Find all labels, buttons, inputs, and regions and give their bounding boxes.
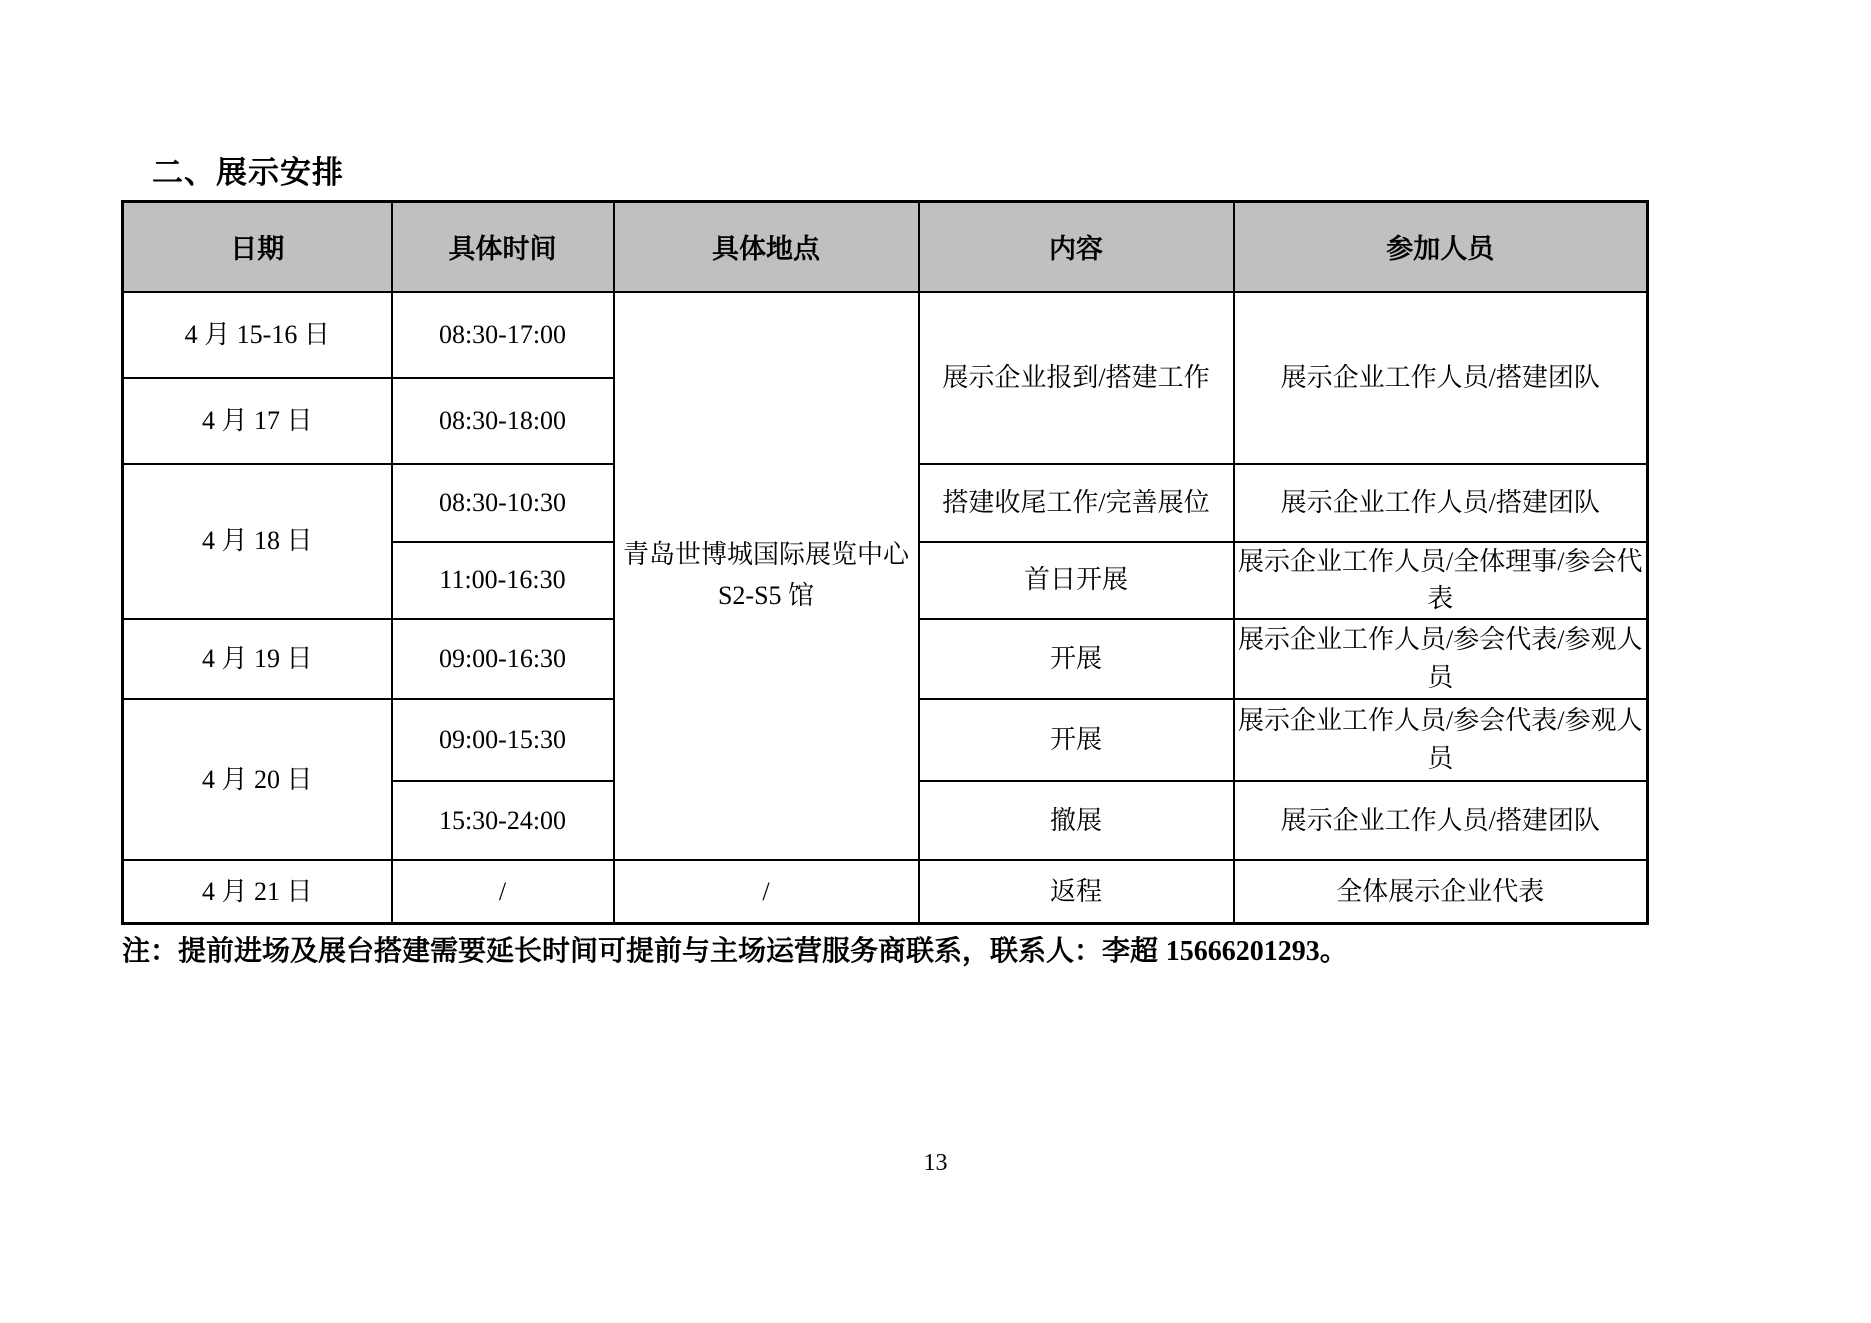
participants-cell: 展示企业工作人员/搭建团队 bbox=[1234, 781, 1648, 860]
content-cell: 撤展 bbox=[919, 781, 1234, 860]
footnote-text: 注：提前进场及展台搭建需要延长时间可提前与主场运营服务商联系，联系人：李超 bbox=[122, 935, 1166, 966]
date-cell: 4 月 20 日 bbox=[123, 699, 392, 860]
time-cell: 08:30-17:00 bbox=[392, 292, 614, 378]
participants-cell: 展示企业工作人员/搭建团队 bbox=[1234, 292, 1648, 464]
date-cell: 4 月 21 日 bbox=[123, 860, 392, 924]
time-cell: 08:30-18:00 bbox=[392, 378, 614, 464]
time-cell: 08:30-10:30 bbox=[392, 464, 614, 542]
participants-cell: 全体展示企业代表 bbox=[1234, 860, 1648, 924]
content-cell: 返程 bbox=[919, 860, 1234, 924]
time-cell: 11:00-16:30 bbox=[392, 542, 614, 619]
table-row: 4 月 21 日 / / 返程 全体展示企业代表 bbox=[123, 860, 1648, 924]
participants-cell: 展示企业工作人员/搭建团队 bbox=[1234, 464, 1648, 542]
footnote: 注：提前进场及展台搭建需要延长时间可提前与主场运营服务商联系，联系人：李超 15… bbox=[122, 929, 1348, 969]
contact-phone: 15666201293 bbox=[1166, 936, 1320, 967]
time-cell: 09:00-15:30 bbox=[392, 699, 614, 781]
col-header-content: 内容 bbox=[919, 202, 1234, 292]
date-cell: 4 月 18 日 bbox=[123, 464, 392, 619]
participants-cell: 展示企业工作人员/全体理事/参会代表 bbox=[1234, 542, 1648, 619]
time-cell: 09:00-16:30 bbox=[392, 619, 614, 699]
section-title: 二、展示安排 bbox=[152, 155, 344, 191]
footnote-period: 。 bbox=[1320, 935, 1348, 966]
table-row: 4 月 15-16 日 08:30-17:00 青岛世博城国际展览中心 S2-S… bbox=[123, 292, 1648, 378]
col-header-time: 具体时间 bbox=[392, 202, 614, 292]
content-cell: 展示企业报到/搭建工作 bbox=[919, 292, 1234, 464]
content-cell: 搭建收尾工作/完善展位 bbox=[919, 464, 1234, 542]
content-cell: 首日开展 bbox=[919, 542, 1234, 619]
exhibition-schedule-table: 日期 具体时间 具体地点 内容 参加人员 4 月 15-16 日 08:30-1… bbox=[121, 200, 1649, 925]
content-cell: 开展 bbox=[919, 699, 1234, 781]
date-cell: 4 月 19 日 bbox=[123, 619, 392, 699]
location-cell-merged: 青岛世博城国际展览中心 S2-S5 馆 bbox=[614, 292, 919, 860]
col-header-participants: 参加人员 bbox=[1234, 202, 1648, 292]
header-row: 日期 具体时间 具体地点 内容 参加人员 bbox=[123, 202, 1648, 292]
page-number: 13 bbox=[0, 1150, 1871, 1177]
location-cell: / bbox=[614, 860, 919, 924]
time-cell: 15:30-24:00 bbox=[392, 781, 614, 860]
location-line-2: S2-S5 馆 bbox=[615, 576, 918, 616]
col-header-date: 日期 bbox=[123, 202, 392, 292]
participants-cell: 展示企业工作人员/参会代表/参观人员 bbox=[1234, 619, 1648, 699]
date-cell: 4 月 15-16 日 bbox=[123, 292, 392, 378]
time-cell: / bbox=[392, 860, 614, 924]
col-header-location: 具体地点 bbox=[614, 202, 919, 292]
participants-cell: 展示企业工作人员/参会代表/参观人员 bbox=[1234, 699, 1648, 781]
content-cell: 开展 bbox=[919, 619, 1234, 699]
location-line-1: 青岛世博城国际展览中心 bbox=[615, 535, 918, 575]
document-page: 二、展示安排 日期 具体时间 具体地点 内容 参加人员 4 月 15-16 日 … bbox=[0, 0, 1871, 1323]
date-cell: 4 月 17 日 bbox=[123, 378, 392, 464]
